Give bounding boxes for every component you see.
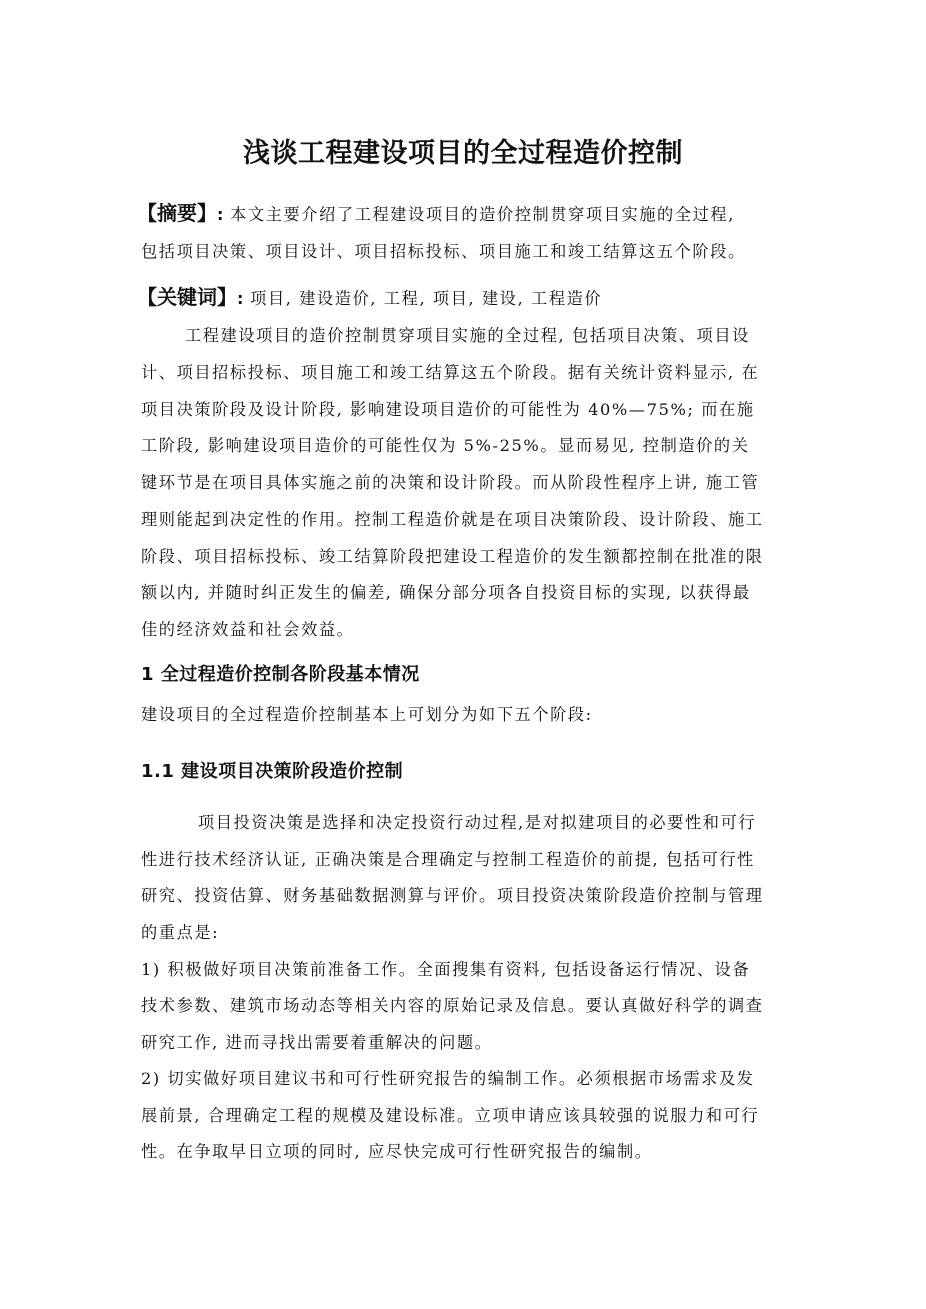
intro-line-9: 佳的经济效益和社会效益。 <box>141 619 801 641</box>
section-1-heading: 1 全过程造价控制各阶段基本情况 <box>141 660 420 686</box>
document-page: 浅谈工程建设项目的全过程造价控制 【摘要】: 本文主要介绍了工程建设项目的造价控… <box>0 0 926 1309</box>
abstract-line-1: 【摘要】: 本文主要介绍了工程建设项目的造价控制贯穿项目实施的全过程, <box>137 202 797 226</box>
section-1-1-para-line-2: 性进行技术经济认证, 正确决策是合理确定与控制工程造价的前提, 包括可行性 <box>141 849 801 871</box>
keywords-label: 【关键词】 <box>137 285 237 309</box>
list-item-1-line-1: 1) 积极做好项目决策前准备工作。全面搜集有资料, 包括设备运行情况、设备 <box>141 959 801 981</box>
abstract-text: 本文主要介绍了工程建设项目的造价控制贯穿项目实施的全过程, <box>230 205 735 224</box>
abstract-line-2: 包括项目决策、项目设计、项目招标投标、项目施工和竣工结算这五个阶段。 <box>141 241 801 263</box>
intro-line-4: 工阶段, 影响建设项目造价的可能性仅为 5%-25%。显而易见, 控制造价的关 <box>141 435 801 457</box>
intro-line-7: 阶段、项目招标投标、竣工结算阶段把建设工程造价的发生额都控制在批准的限 <box>141 546 801 568</box>
intro-line-6: 理则能起到决定性的作用。控制工程造价就是在项目决策阶段、设计阶段、施工 <box>141 509 801 531</box>
intro-line-2: 计、项目招标投标、项目施工和竣工结算这五个阶段。据有关统计资料显示, 在 <box>141 362 801 384</box>
list-item-1-line-2: 技术参数、建筑市场动态等相关内容的原始记录及信息。要认真做好科学的调查 <box>141 995 801 1017</box>
keywords-text: 项目, 建设造价, 工程, 项目, 建设, 工程造价 <box>250 289 602 308</box>
keywords-colon: : <box>237 289 243 308</box>
section-1-intro: 建设项目的全过程造价控制基本上可划分为如下五个阶段: <box>141 704 801 726</box>
section-1-1-para-line-3: 研究、投资估算、财务基础数据测算与评价。项目投资决策阶段造价控制与管理 <box>141 885 801 907</box>
intro-line-1: 工程建设项目的造价控制贯穿项目实施的全过程, 包括项目决策、项目设 <box>141 325 845 347</box>
intro-line-3: 项目决策阶段及设计阶段, 影响建设项目造价的可能性为 40%—75%; 而在施 <box>141 399 801 421</box>
list-item-1-line-3: 研究工作, 进而寻找出需要着重解决的问题。 <box>141 1032 801 1054</box>
keywords-line: 【关键词】: 项目, 建设造价, 工程, 项目, 建设, 工程造价 <box>137 286 797 310</box>
section-1-1-heading: 1.1 建设项目决策阶段造价控制 <box>141 757 403 783</box>
list-item-2-line-1: 2) 切实做好项目建议书和可行性研究报告的编制工作。必须根据市场需求及发 <box>141 1068 801 1090</box>
section-1-1-para-line-4: 的重点是: <box>141 922 801 944</box>
list-item-2-line-2: 展前景, 合理确定工程的规模及建设标准。立项申请应该具较强的说服力和可行 <box>141 1105 801 1127</box>
document-title: 浅谈工程建设项目的全过程造价控制 <box>0 131 926 170</box>
section-1-1-para-line-1: 项目投资决策是选择和决定投资行动过程,是对拟建项目的必要性和可行 <box>141 812 858 834</box>
abstract-colon: : <box>217 205 223 224</box>
intro-line-8: 额以内, 并随时纠正发生的偏差, 确保分部分项各自投资目标的实现, 以获得最 <box>141 582 801 604</box>
intro-line-5: 键环节是在项目具体实施之前的决策和设计阶段。而从阶段性程序上讲, 施工管 <box>141 472 801 494</box>
abstract-label: 【摘要】 <box>137 201 217 225</box>
list-item-2-line-3: 性。在争取早日立项的同时, 应尽快完成可行性研究报告的编制。 <box>141 1141 801 1163</box>
